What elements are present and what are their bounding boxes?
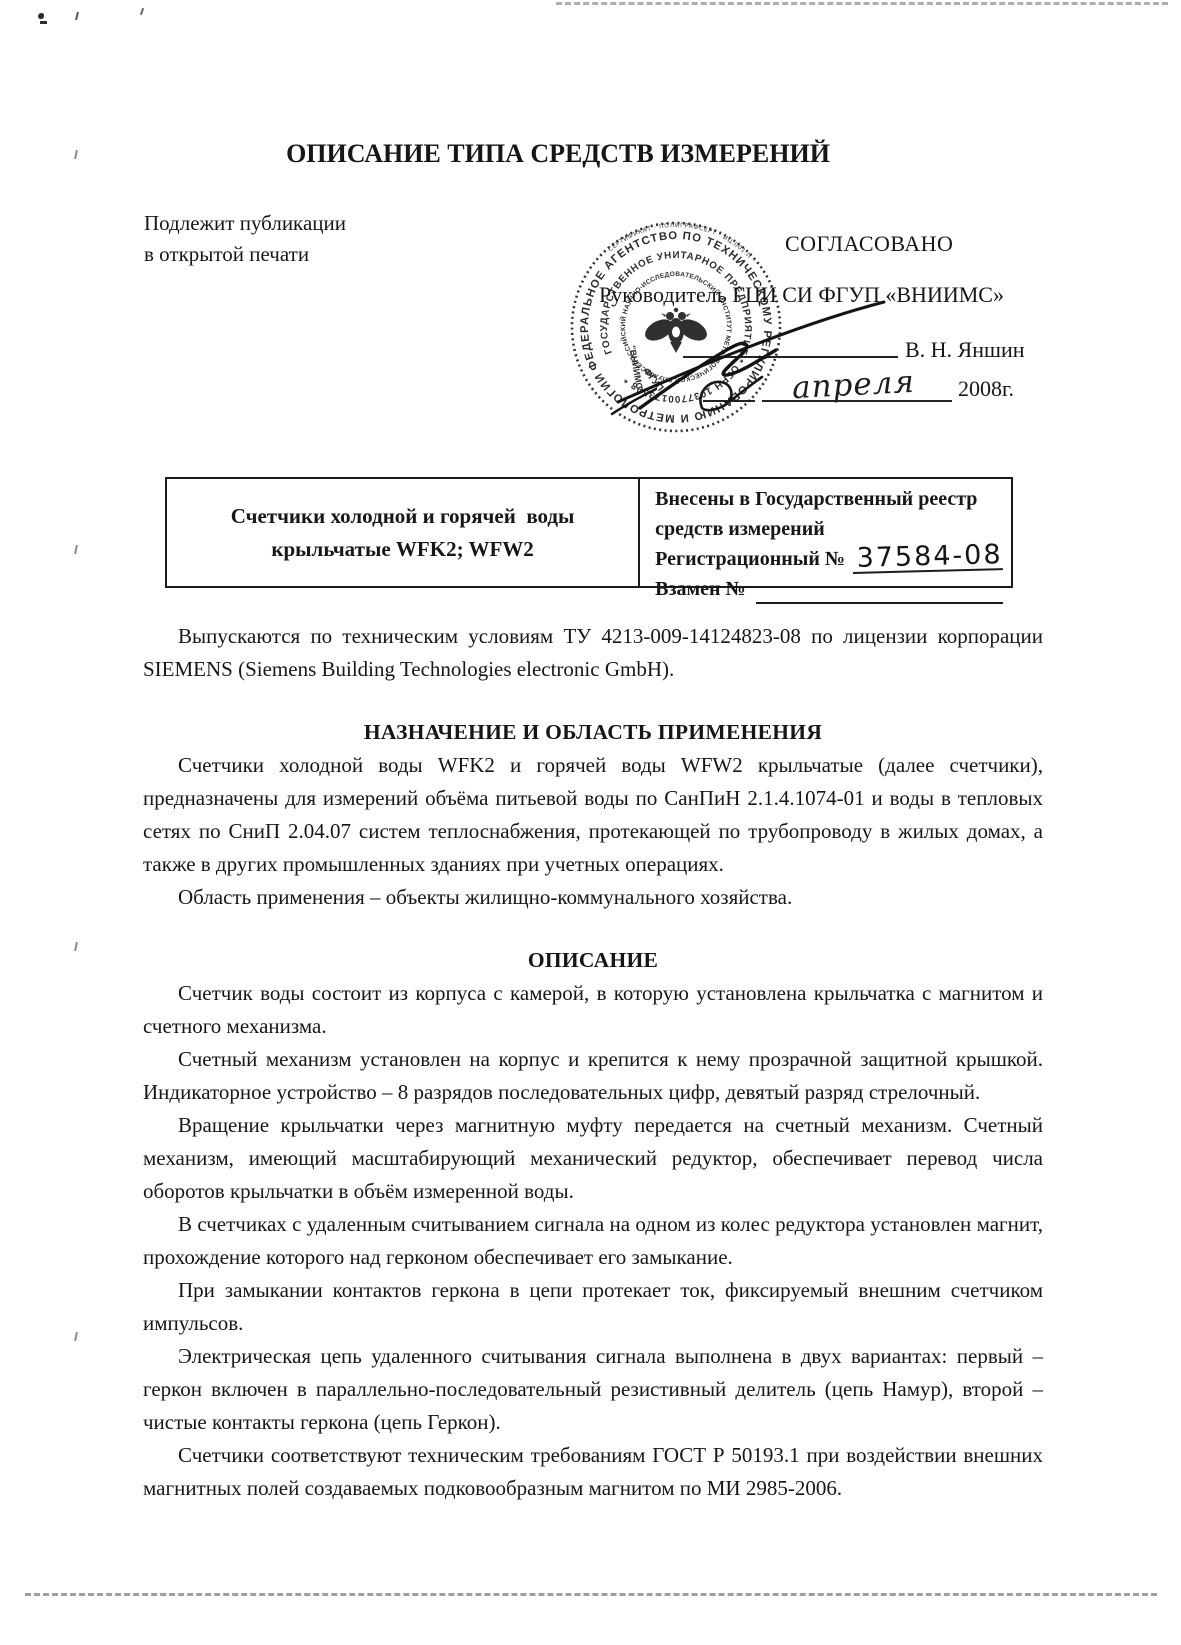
approval-status-label: СОГЛАСОВАНО — [785, 231, 953, 257]
purpose-paragraph-1: Счетчики холодной воды WFK2 и горячей во… — [143, 749, 1043, 881]
description-paragraph-3: Вращение крыльчатки через магнитную муфт… — [143, 1109, 1043, 1208]
instrument-name-line2: крыльчатые WFK2; WFW2 — [167, 533, 638, 566]
description-paragraph-5: При замыкании контактов геркона в цепи п… — [143, 1274, 1043, 1340]
intro-paragraph: Выпускаются по техническим условиям ТУ 4… — [143, 620, 1043, 686]
registry-entry-line1: Внесены в Государственный реестр — [655, 484, 1003, 514]
description-paragraph-6: Электрическая цепь удаленного считывания… — [143, 1340, 1043, 1439]
margin-mark — [74, 1332, 78, 1341]
replaces-number-row: Взамен № — [655, 574, 1003, 604]
scan-speck — [38, 13, 44, 19]
approver-name: В. Н. Яншин — [905, 337, 1025, 363]
scan-speck — [40, 21, 47, 24]
registry-table: Счетчики холодной и горячей воды крыльча… — [165, 477, 1013, 588]
registration-number-row: Регистрационный № 37584-08 — [655, 544, 1003, 574]
publication-note: Подлежит публикации в открытой печати — [144, 208, 346, 270]
scanned-document-page: ОПИСАНИЕ ТИПА СРЕДСТВ ИЗМЕРЕНИЙ Подлежит… — [0, 0, 1181, 1645]
page-title: ОПИСАНИЕ ТИПА СРЕДСТВ ИЗМЕРЕНИЙ — [143, 139, 973, 169]
description-paragraph-4: В счетчиках с удаленным считыванием сигн… — [143, 1208, 1043, 1274]
description-paragraph-1: Счетчик воды состоит из корпуса с камеро… — [143, 977, 1043, 1043]
purpose-paragraph-2: Область применения – объекты жилищно-ком… — [143, 881, 1043, 914]
replaces-number-blank — [756, 582, 1003, 604]
instrument-name-line1: Счетчики холодной и горячей воды — [167, 500, 638, 533]
registration-number-label: Регистрационный № — [655, 544, 845, 574]
handwritten-registration-number: 37584-08 — [852, 541, 1003, 574]
section-heading-purpose: НАЗНАЧЕНИЕ И ОБЛАСТЬ ПРИМЕНЕНИЯ — [143, 716, 1043, 749]
publication-note-line2: в открытой печати — [144, 239, 346, 270]
document-body: Выпускаются по техническим условиям ТУ 4… — [143, 620, 1043, 1505]
margin-mark — [74, 150, 78, 159]
description-paragraph-7: Счетчики соответствуют техническим требо… — [143, 1439, 1043, 1505]
handwritten-day-doodle — [694, 370, 766, 418]
margin-mark — [74, 545, 78, 554]
scan-speck — [140, 8, 144, 15]
scan-speck — [75, 12, 79, 20]
publication-note-line1: Подлежит публикации — [144, 208, 346, 239]
description-paragraph-2: Счетный механизм установлен на корпус и … — [143, 1043, 1043, 1109]
date-year: 2008г. — [958, 376, 1014, 402]
scan-artifact-top-dashes — [556, 2, 1168, 5]
margin-mark — [74, 942, 78, 951]
registry-entry-cell: Внесены в Государственный реестр средств… — [640, 479, 1011, 586]
replaces-number-label: Взамен № — [655, 574, 746, 604]
instrument-name-cell: Счетчики холодной и горячей воды крыльча… — [167, 479, 640, 586]
section-heading-description: ОПИСАНИЕ — [143, 944, 1043, 977]
scan-artifact-bottom-dashes — [25, 1593, 1157, 1596]
